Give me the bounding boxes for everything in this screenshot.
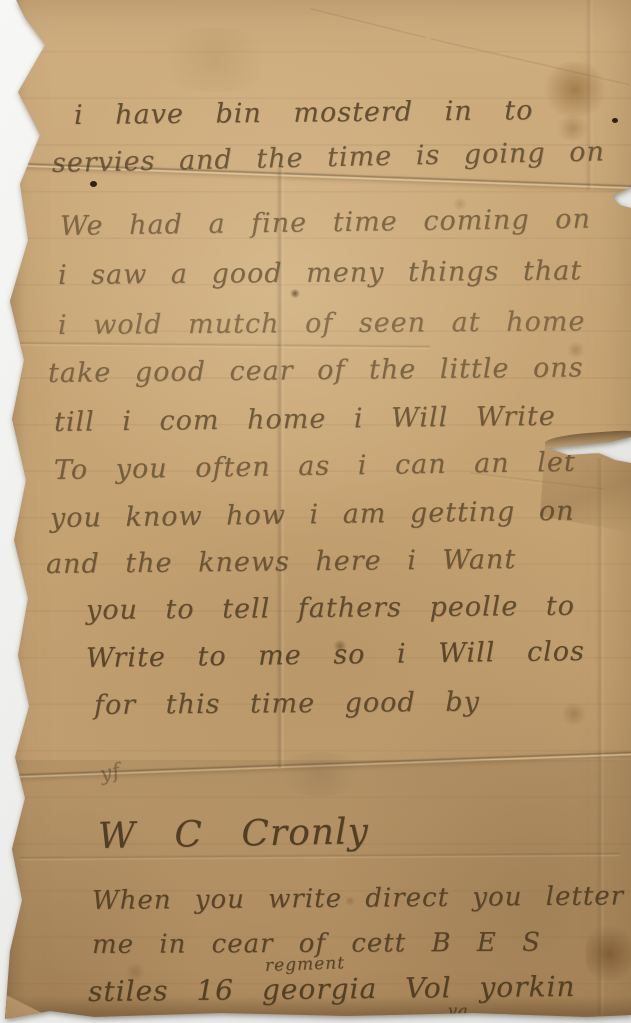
letter-line-13: for this time good by — [94, 687, 480, 721]
ink-speck-left — [90, 181, 97, 187]
ink-speck-right — [612, 118, 618, 123]
right-fold-vertical — [596, 458, 605, 1015]
scan-background: i have bin mosterd in to servies and the… — [0, 0, 631, 1023]
state-annotation: va — [448, 1001, 469, 1020]
letter-line-8: To you often as i can an let — [54, 447, 576, 486]
fold-crease-lower — [0, 750, 631, 779]
postscript-line-1: When you write direct you letter to — [92, 881, 631, 916]
stain-bottom-right — [585, 922, 631, 986]
letter-line-9: you know how i am getting on — [50, 496, 575, 534]
corner-crease-top-right-1 — [310, 8, 427, 40]
corner-crease-top-right-2 — [430, 38, 630, 87]
letter-line-10: and the knews here i Want — [46, 544, 517, 580]
stain-top-right-large — [540, 62, 610, 117]
torn-edge-shade-left — [0, 0, 26, 1023]
fold-crease-middle-faint — [0, 341, 430, 350]
letter-line-1: i have bin mosterd in to — [74, 95, 534, 131]
letter-line-11: you to tell fathers peolle to — [86, 591, 575, 626]
smudge-top-left — [150, 28, 280, 92]
letter-paper: i have bin mosterd in to servies and the… — [0, 0, 631, 1023]
letter-line-2: servies and the time is going on — [52, 136, 606, 179]
bottom-left-corner-fold — [0, 985, 62, 1023]
regiment-line: stiles 16 georgia Vol yorkin — [88, 970, 576, 1008]
letter-line-4: i saw a good meny things that — [58, 255, 582, 291]
letter-line-6: take good cear of the little ons — [48, 352, 584, 389]
letter-line-5: i wold mutch of seen at home — [58, 306, 586, 341]
letter-line-12: Write to me so i Will clos — [86, 636, 585, 674]
letter-paper-wrap: i have bin mosterd in to servies and the… — [0, 0, 631, 1023]
letter-line-7: till i com home i Will Write — [54, 401, 556, 438]
stray-mark: yf — [98, 758, 123, 786]
spot-right-lower — [560, 703, 588, 725]
signature-line: W C Cronly — [98, 811, 370, 857]
letter-line-3: We had a fine time coming on — [60, 204, 591, 242]
spot-center-upper — [290, 289, 300, 298]
smudge-center-crease — [270, 752, 370, 796]
